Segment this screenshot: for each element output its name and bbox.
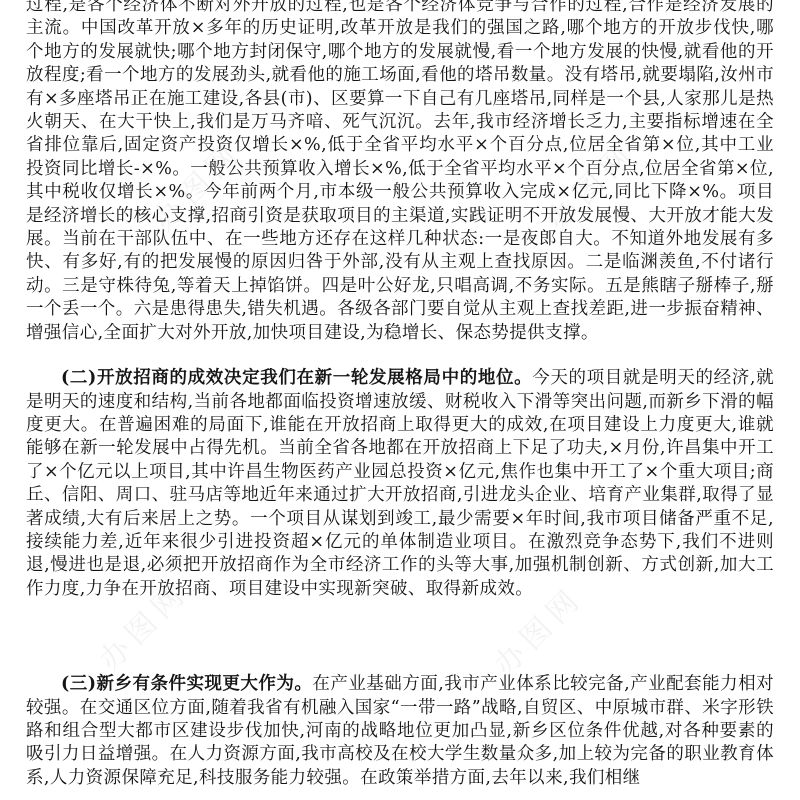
paragraph-section-3: (三)新乡有条件实现更大作为。在产业基础方面,我市产业体系比较完备,产业配套能力… xyxy=(26,673,774,790)
paragraph-continued: 过程,是各个经济体不断对外开放的过程,也是各个经济体竞争与合作的过程,合作是经济… xyxy=(26,0,774,345)
document-text: 过程,是各个经济体不断对外开放的过程,也是各个经济体竞争与合作的过程,合作是经济… xyxy=(26,0,774,790)
paragraph-section-2-text: 今天的项目就是明天的经济,就是明天的速度和结构,当前各地都面临投资增速放缓、财税… xyxy=(26,368,774,599)
paragraph-continued-text: 过程,是各个经济体不断对外开放的过程,也是各个经济体竞争与合作的过程,合作是经济… xyxy=(26,0,774,343)
document-page: 办图网 办图网 办图网 办图网 过程,是各个经济体不断对外开放的过程,也是各个经… xyxy=(0,0,800,800)
paragraph-section-2: (二)开放招商的成效决定我们在新一轮发展格局中的地位。今天的项目就是明天的经济,… xyxy=(26,367,774,601)
section-3-heading: (三)新乡有条件实现更大作为。 xyxy=(61,674,312,694)
section-2-heading: (二)开放招商的成效决定我们在新一轮发展格局中的地位。 xyxy=(61,368,532,388)
